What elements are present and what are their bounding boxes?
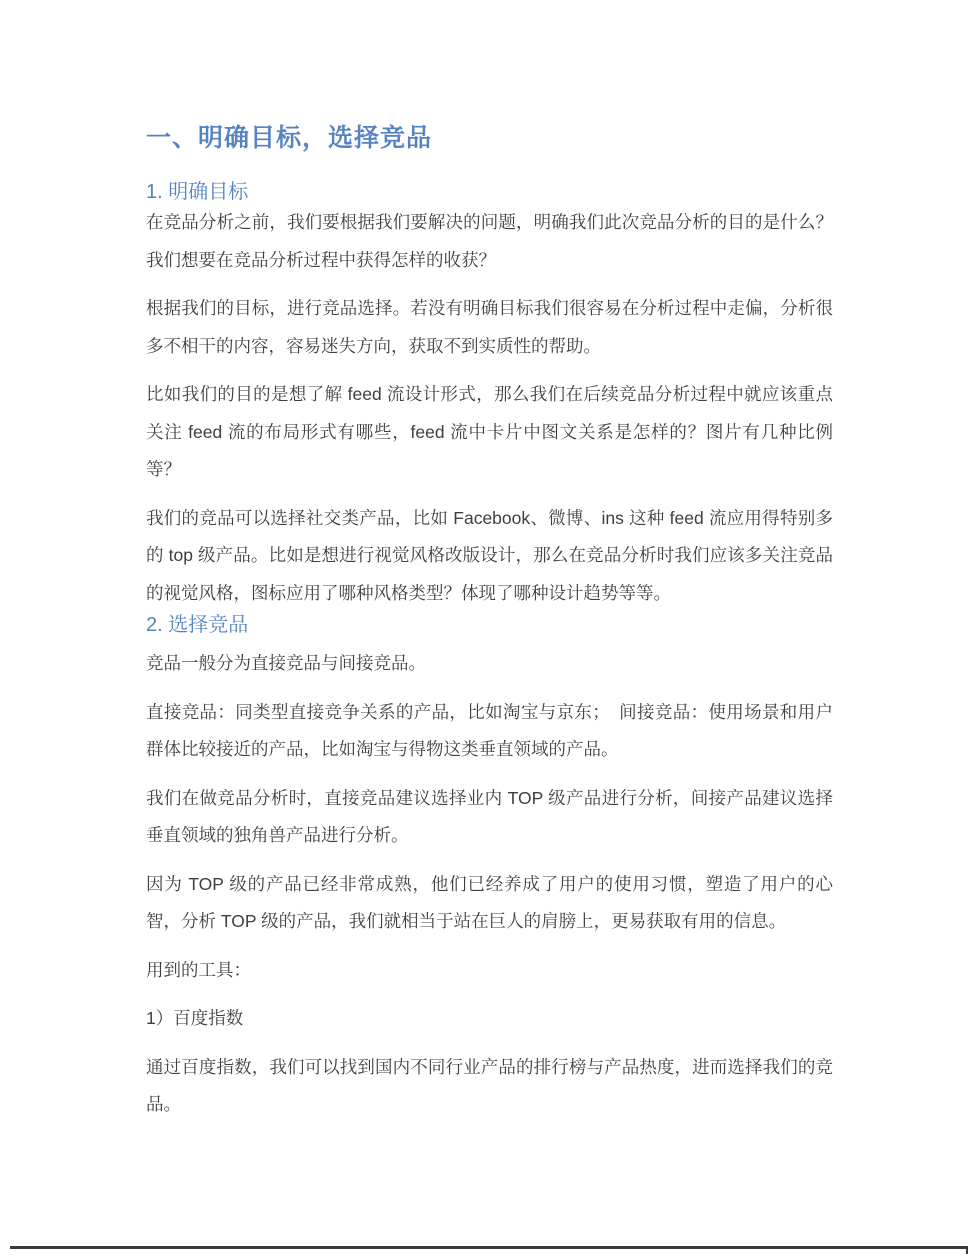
tools-intro-paragraph: 用到的工具： [146, 952, 833, 990]
doc-title: 一、明确目标，选择竞品 [146, 122, 833, 154]
section-1-heading: 1. 明确目标 [146, 180, 833, 204]
document-page: 一、明确目标，选择竞品 1. 明确目标 在竞品分析之前，我们要根据我们要解决的问… [146, 0, 833, 1135]
section-2-paragraph: 竞品一般分为直接竞品与间接竞品。 [146, 645, 833, 683]
divider-right-tick [966, 1246, 969, 1254]
section-1-paragraph: 在竞品分析之前，我们要根据我们要解决的问题，明确我们此次竞品分析的目的是什么？我… [146, 204, 833, 279]
section-1-paragraph: 比如我们的目的是想了解 feed 流设计形式，那么我们在后续竞品分析过程中就应该… [146, 376, 833, 489]
section-2-paragraph: 直接竞品：同类型直接竞争关系的产品，比如淘宝与京东； 间接竞品：使用场景和用户群… [146, 694, 833, 769]
section-2-paragraph: 通过百度指数，我们可以找到国内不同行业产品的排行榜与产品热度，进而选择我们的竞品… [146, 1049, 833, 1124]
section-2-paragraph: 我们在做竞品分析时，直接竞品建议选择业内 TOP 级产品进行分析，间接产品建议选… [146, 780, 833, 855]
section-2-heading: 2. 选择竞品 [146, 613, 833, 637]
tool-item-baidu-index: 1）百度指数 [146, 1000, 833, 1038]
page-bottom-divider [10, 1246, 968, 1249]
section-1-paragraph: 我们的竞品可以选择社交类产品，比如 Facebook、微博、ins 这种 fee… [146, 500, 833, 613]
section-1-paragraph: 根据我们的目标，进行竞品选择。若没有明确目标我们很容易在分析过程中走偏，分析很多… [146, 290, 833, 365]
section-2-paragraph: 因为 TOP 级的产品已经非常成熟，他们已经养成了用户的使用习惯，塑造了用户的心… [146, 866, 833, 941]
